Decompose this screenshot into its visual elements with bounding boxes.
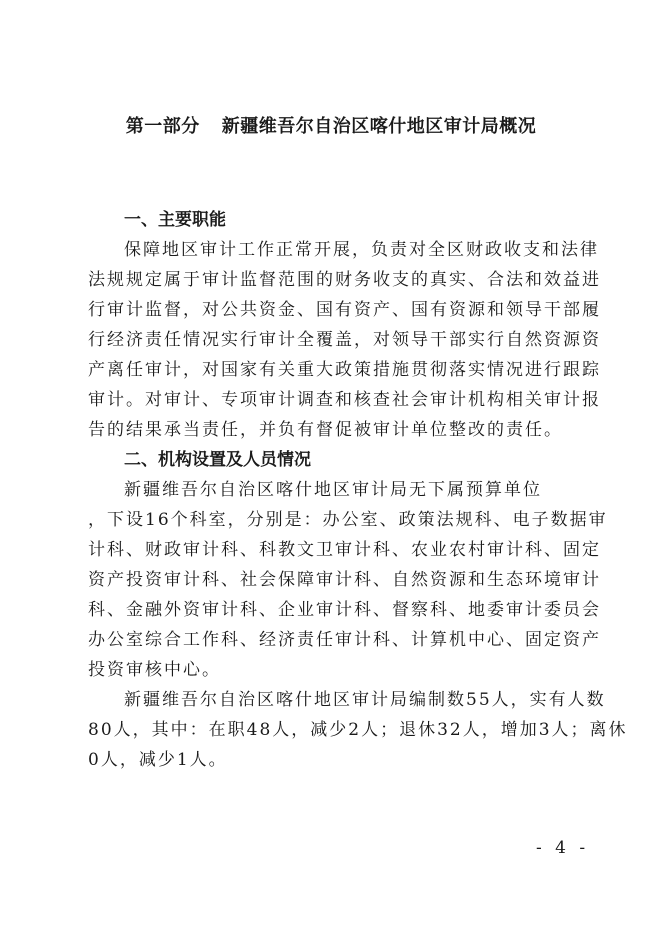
paragraph-line: 行经济责任情况实行审计全覆盖，对领导干部实行自然资源资 [88, 325, 580, 355]
paragraph-line: 行审计监督，对公共资金、国有资产、国有资源和领导干部履 [88, 295, 580, 325]
page-title: 第一部分新疆维吾尔自治区喀什地区审计局概况 [0, 112, 662, 138]
paragraph-line: 投资审核中心。 [88, 655, 580, 685]
paragraph-line: 产离任审计，对国家有关重大政策措施贯彻落实情况进行跟踪 [88, 355, 580, 385]
paragraph-line: 计科、财政审计科、科教文卫审计科、农业农村审计科、固定 [88, 535, 580, 565]
section-heading-organization: 二、机构设置及人员情况 [88, 445, 580, 475]
paragraph-line: 新疆维吾尔自治区喀什地区审计局编制数55人，实有人数 [88, 685, 580, 715]
paragraph-line: 80人，其中：在职48人，减少2人；退休32人，增加3人；离休 [88, 715, 580, 745]
paragraph-line: 法规规定属于审计监督范围的财务收支的真实、合法和效益进 [88, 265, 580, 295]
paragraph-line: 告的结果承当责任，并负有督促被审计单位整改的责任。 [88, 415, 580, 445]
paragraph-line: 科、金融外资审计科、企业审计科、督察科、地委审计委员会 [88, 595, 580, 625]
section-heading-functions: 一、主要职能 [88, 205, 580, 235]
paragraph-line: 审计。对审计、专项审计调查和核查社会审计机构相关审计报 [88, 385, 580, 415]
paragraph-line: 0人，减少1人。 [88, 745, 580, 775]
title-main: 新疆维吾尔自治区喀什地区审计局概况 [222, 116, 537, 137]
paragraph-line: 保障地区审计工作正常开展，负责对全区财政收支和法律 [88, 235, 580, 265]
paragraph-line: 新疆维吾尔自治区喀什地区审计局无下属预算单位 [88, 475, 580, 505]
document-body: 一、主要职能 保障地区审计工作正常开展，负责对全区财政收支和法律 法规规定属于审… [88, 205, 580, 775]
paragraph-line: 办公室综合工作科、经济责任审计科、计算机中心、固定资产 [88, 625, 580, 655]
title-part: 第一部分 [126, 116, 200, 137]
page-number: - 4 - [536, 838, 589, 858]
paragraph-line: 资产投资审计科、社会保障审计科、自然资源和生态环境审计 [88, 565, 580, 595]
paragraph-line: ，下设16个科室，分别是：办公室、政策法规科、电子数据审 [88, 505, 580, 535]
